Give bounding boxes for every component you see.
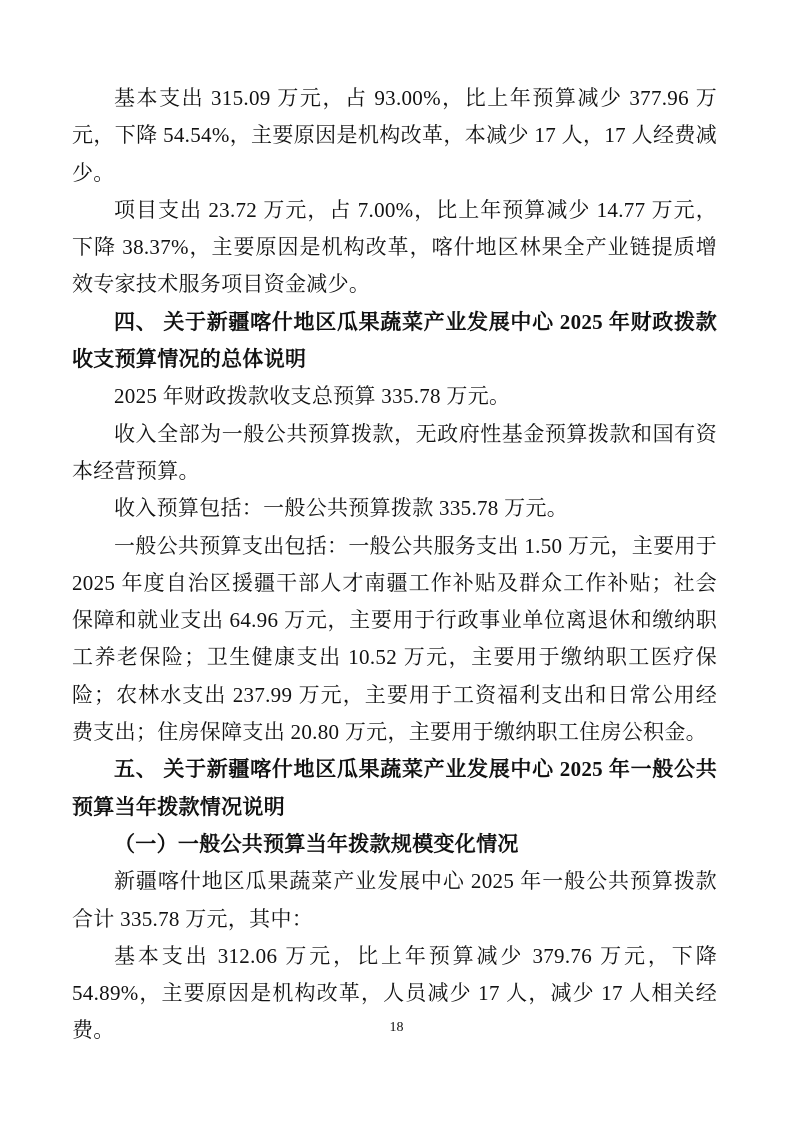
paragraph-project-expenditure: 项目支出 23.72 万元，占 7.00%，比上年预算减少 14.77 万元，下… [72, 192, 717, 304]
page-number: 18 [0, 1020, 793, 1036]
document-body: 基本支出 315.09 万元，占 93.00%，比上年预算减少 377.96 万… [72, 80, 717, 1050]
paragraph-income-source: 收入全部为一般公共预算拨款，无政府性基金预算拨款和国有资本经营预算。 [72, 416, 717, 491]
paragraph-expenditure-breakdown: 一般公共预算支出包括：一般公共服务支出 1.50 万元，主要用于 2025 年度… [72, 528, 717, 752]
paragraph-total-budget: 2025 年财政拨款收支总预算 335.78 万元。 [72, 378, 717, 415]
section-heading-5: 五、 关于新疆喀什地区瓜果蔬菜产业发展中心 2025 年一般公共预算当年拨款情况… [72, 751, 717, 826]
document-page: 基本支出 315.09 万元，占 93.00%，比上年预算减少 377.96 万… [0, 0, 793, 1122]
section-heading-4: 四、 关于新疆喀什地区瓜果蔬菜产业发展中心 2025 年财政拨款收支预算情况的总… [72, 304, 717, 379]
subsection-heading-1: （一）一般公共预算当年拨款规模变化情况 [72, 826, 717, 863]
paragraph-income-budget: 收入预算包括：一般公共预算拨款 335.78 万元。 [72, 490, 717, 527]
paragraph-allocation-total: 新疆喀什地区瓜果蔬菜产业发展中心 2025 年一般公共预算拨款合计 335.78… [72, 863, 717, 938]
paragraph-basic-expenditure: 基本支出 315.09 万元，占 93.00%，比上年预算减少 377.96 万… [72, 80, 717, 192]
